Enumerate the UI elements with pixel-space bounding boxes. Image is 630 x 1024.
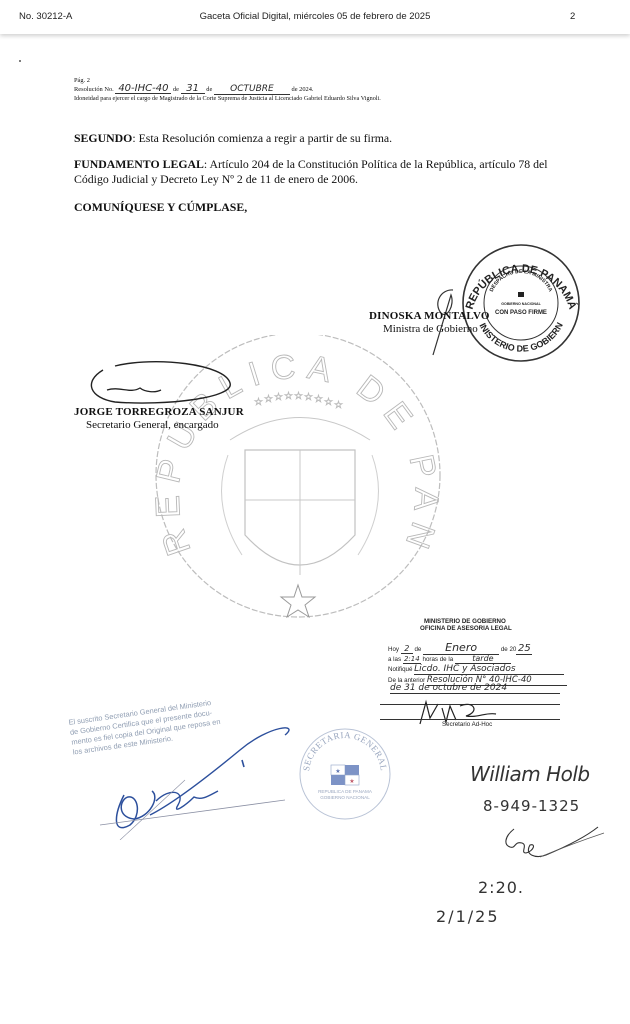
- de-label: de: [414, 646, 421, 653]
- resolution-year: de 2024.: [292, 86, 314, 93]
- resolution-subject: Idoneidad para ejercer el cargo de Magis…: [74, 95, 381, 103]
- secretaria-line2: GOBIERNO NACIONAL: [320, 795, 370, 800]
- certifying-secretary-signature: [90, 725, 300, 840]
- gazette-header-bar: No. 30212-A Gaceta Oficial Digital, miér…: [0, 0, 630, 34]
- resolution-day: 31: [181, 85, 205, 94]
- secretary-title: Secretario General, encargado: [86, 419, 219, 431]
- hours-label: horas de la: [423, 656, 454, 663]
- hoy-month: Enero: [423, 641, 499, 655]
- prior-value-2: de 31 de octubre de 2024: [390, 683, 560, 694]
- period-value: tarde: [455, 654, 511, 664]
- page-number: 2: [570, 11, 575, 22]
- svg-text:☆: ☆: [304, 392, 313, 403]
- notification-date-row: Hoy 2 de Enero de 2025: [388, 641, 532, 655]
- svg-text:★: ★: [349, 778, 354, 785]
- legal-notification-block: MINISTERIO DE GOBIERNO OFICINA DE ASESOR…: [380, 618, 580, 738]
- hoy-label: Hoy: [388, 646, 399, 653]
- resolution-line: Resolución No. 40-IHC-40 de 31 de OCTUBR…: [74, 85, 314, 95]
- notification-office: OFICINA DE ASESORIA LEGAL: [420, 625, 512, 632]
- year-value: 25: [516, 643, 532, 655]
- secretaria-general-seal: SECRETARIA GENERAL ★ ★ REPUBLICA DE PANA…: [295, 722, 395, 822]
- secretary-signature: [85, 358, 235, 408]
- year-label: de 20: [501, 646, 516, 653]
- svg-text:☆: ☆: [284, 391, 293, 402]
- notified-label: Notifiqué: [388, 666, 412, 673]
- signature-line: [380, 719, 560, 720]
- secretaria-line1: REPUBLICA DE PANAMA: [318, 789, 373, 794]
- svg-text:☆: ☆: [324, 397, 333, 408]
- svg-text:★: ★: [335, 768, 340, 775]
- notified-value: Licdo. IHC y Asociados: [414, 664, 564, 675]
- minister-title: Ministra de Gobierno: [383, 323, 478, 335]
- seal-inner-line1: GOBIERNO NACIONAL: [501, 302, 541, 306]
- svg-text:☆: ☆: [264, 394, 273, 405]
- de-label-1: de: [173, 86, 179, 93]
- scan-speck: [19, 60, 21, 62]
- segundo-text: : Esta Resolución comienza a regir a par…: [132, 131, 392, 145]
- resolution-prefix: Resolución No.: [74, 86, 114, 93]
- receiver-id: 8-949-1325: [483, 797, 580, 815]
- receipt-time: 2:20.: [478, 878, 524, 897]
- secretary-name: JORGE TORREGROZA SANJUR: [74, 406, 244, 418]
- resolution-number: 40-IHC-40: [115, 85, 171, 94]
- time-label: a las: [388, 656, 401, 663]
- segundo-paragraph: SEGUNDO: Esta Resolución comienza a regi…: [74, 131, 564, 146]
- publication-title: Gaceta Oficial Digital, miércoles 05 de …: [0, 11, 630, 22]
- fundamento-paragraph: FUNDAMENTO LEGAL: Artículo 204 de la Con…: [74, 157, 554, 186]
- segundo-label: SEGUNDO: [74, 131, 132, 145]
- receipt-date: 2/1/25: [436, 907, 500, 926]
- receiver-signature: [500, 825, 605, 870]
- time-value: 2:14: [403, 655, 421, 664]
- svg-text:☆: ☆: [274, 392, 283, 403]
- notification-time-row: a las 2:14 horas de la tarde: [388, 654, 511, 664]
- de-label-2: de: [206, 86, 212, 93]
- svg-text:☆: ☆: [314, 394, 323, 405]
- closing-phrase: COMUNÍQUESE Y CÚMPLASE,: [74, 200, 247, 215]
- svg-text:☆: ☆: [254, 397, 263, 408]
- hoy-day: 2: [401, 644, 413, 654]
- svg-text:☆: ☆: [334, 400, 343, 411]
- notification-ministry: MINISTERIO DE GOBIERNO: [424, 618, 506, 625]
- resolution-month: OCTUBRE: [214, 86, 290, 95]
- minister-office-seal: REPÚBLICA DE PANAMÁ MINISTERIO DE GOBIER…: [460, 242, 582, 364]
- notification-notified-row: Notifiqué Licdo. IHC y Asociados: [388, 664, 564, 675]
- minister-name: DINOSKA MONTALVO: [369, 310, 490, 322]
- seal-inner-line2: CON PASO FIRME: [495, 310, 547, 316]
- secretary-ad-hoc-label: Secretario Ad-Hoc: [442, 721, 492, 728]
- page-label: Pág. 2: [74, 77, 90, 85]
- receiver-name: William Holb: [470, 762, 590, 786]
- fundamento-label: FUNDAMENTO LEGAL: [74, 157, 204, 171]
- svg-text:☆: ☆: [294, 391, 303, 402]
